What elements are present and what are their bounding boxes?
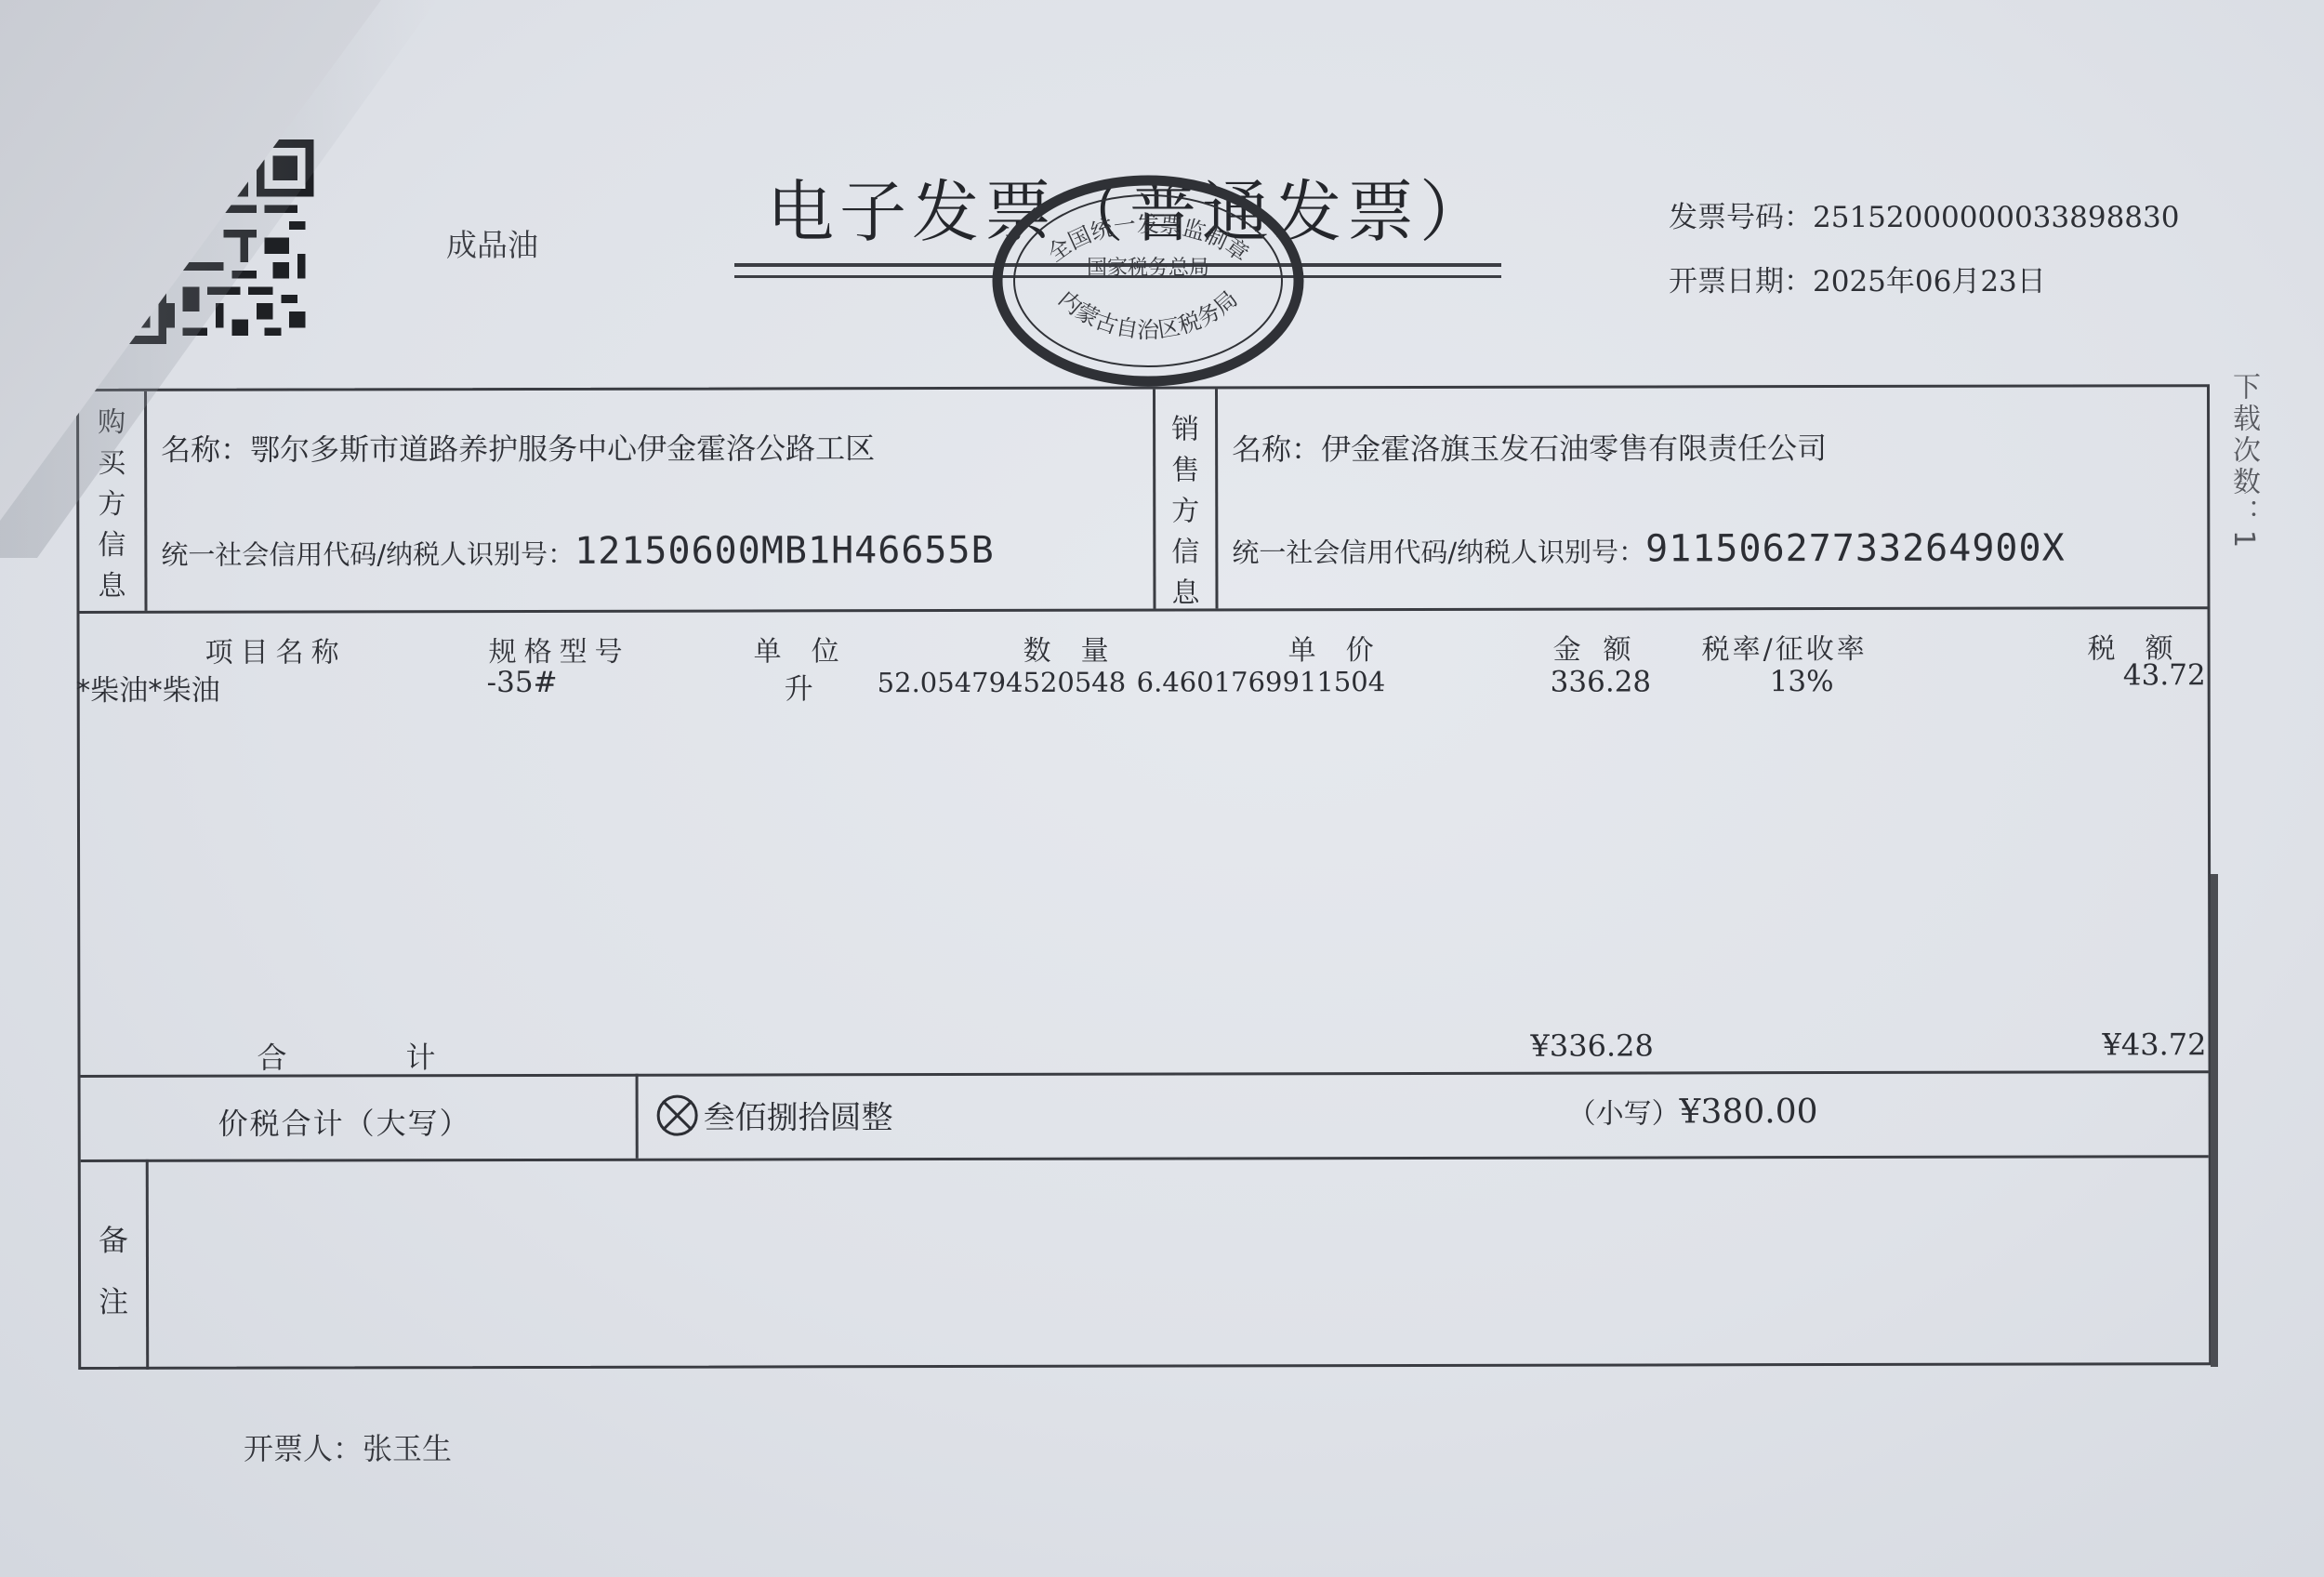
seller-name: 名称：伊金霍洛旗玉发石油零售有限责任公司 [1232, 425, 1827, 469]
remarks-label: 备注 [81, 1210, 146, 1332]
header-item-name: 项目名称 [205, 629, 347, 669]
issuer: 开票人：张玉生 [244, 1425, 452, 1468]
header-amount: 金额 [1553, 626, 1654, 667]
item-spec: -35# [487, 666, 558, 699]
total-tax: ¥43.72 [2102, 1027, 2206, 1062]
item-tax-rate: 13% [1770, 665, 1834, 698]
issue-date-label: 开票日期： [1669, 265, 1813, 298]
seller-name-label: 名称： [1232, 431, 1321, 467]
invoice-number: 发票号码：25152000000033898830 [1669, 193, 2179, 235]
remarks-content [165, 1173, 2190, 1348]
cross-circle-icon [657, 1094, 698, 1135]
item-unit: 升 [785, 665, 813, 707]
invoice-number-value: 25152000000033898830 [1813, 201, 2179, 234]
header-unit-price: 单价 [1288, 627, 1404, 668]
grand-total-words-value: 叁佰捌拾圆整 [704, 1092, 893, 1137]
item-amount: 336.28 [1551, 665, 1652, 698]
divider [146, 1160, 149, 1370]
seller-name-value: 伊金霍洛旗玉发石油零售有限责任公司 [1321, 431, 1827, 467]
divider [80, 606, 2208, 614]
item-tax: 43.72 [2123, 658, 2206, 692]
issue-date-value: 2025年06月23日 [1813, 265, 2046, 298]
total-label: 合 计 [257, 1034, 435, 1077]
page-edge-shadow [2211, 874, 2218, 1367]
header-quantity: 数量 [1023, 628, 1139, 669]
official-seal-icon: 国家税务总局 全国统一发票监制章 内蒙古自治区税务局 [990, 172, 1306, 391]
buyer-tax-id-value: 12150600MB1H46655B [574, 529, 995, 573]
divider [636, 1074, 639, 1159]
svg-text:内蒙古自治区税务局: 内蒙古自治区税务局 [1053, 285, 1243, 343]
invoice-number-label: 发票号码： [1669, 201, 1813, 234]
download-count: 下载次数：1 [2217, 372, 2264, 551]
seller-tax-id-label: 统一社会信用代码/纳税人识别号： [1232, 536, 1645, 568]
seller-tax-id: 统一社会信用代码/纳税人识别号：91150627733264900X [1232, 527, 2065, 572]
header-spec: 规格型号 [489, 629, 630, 669]
divider [81, 1155, 2209, 1162]
seller-tax-id-value: 91150627733264900X [1645, 527, 2066, 571]
issuer-label: 开票人： [244, 1431, 363, 1466]
grand-total-small-value: ¥380.00 [1680, 1093, 1818, 1131]
header-tax-rate: 税率/征收率 [1702, 626, 1868, 667]
item-name: *柴油*柴油 [76, 667, 220, 709]
item-unit-price: 6.4601769911504 [1137, 666, 1386, 698]
grand-total-small-label: （小写） [1568, 1097, 1680, 1130]
item-quantity: 52.054794520548 [878, 667, 1127, 699]
seller-section-label: 销售方信息 [1155, 409, 1215, 614]
grand-total-words: 叁佰捌拾圆整 [657, 1092, 893, 1138]
divider [1215, 389, 1218, 608]
grand-total-words-label: 价税合计（大写） [218, 1100, 471, 1144]
header-unit: 单位 [754, 628, 869, 669]
issuer-name: 张玉生 [363, 1431, 452, 1466]
grand-total-small: （小写）¥380.00 [1568, 1090, 1818, 1132]
svg-text:国家税务总局: 国家税务总局 [1087, 257, 1209, 280]
total-amount: ¥336.28 [1530, 1027, 1653, 1063]
issue-date: 开票日期：2025年06月23日 [1669, 258, 2046, 299]
